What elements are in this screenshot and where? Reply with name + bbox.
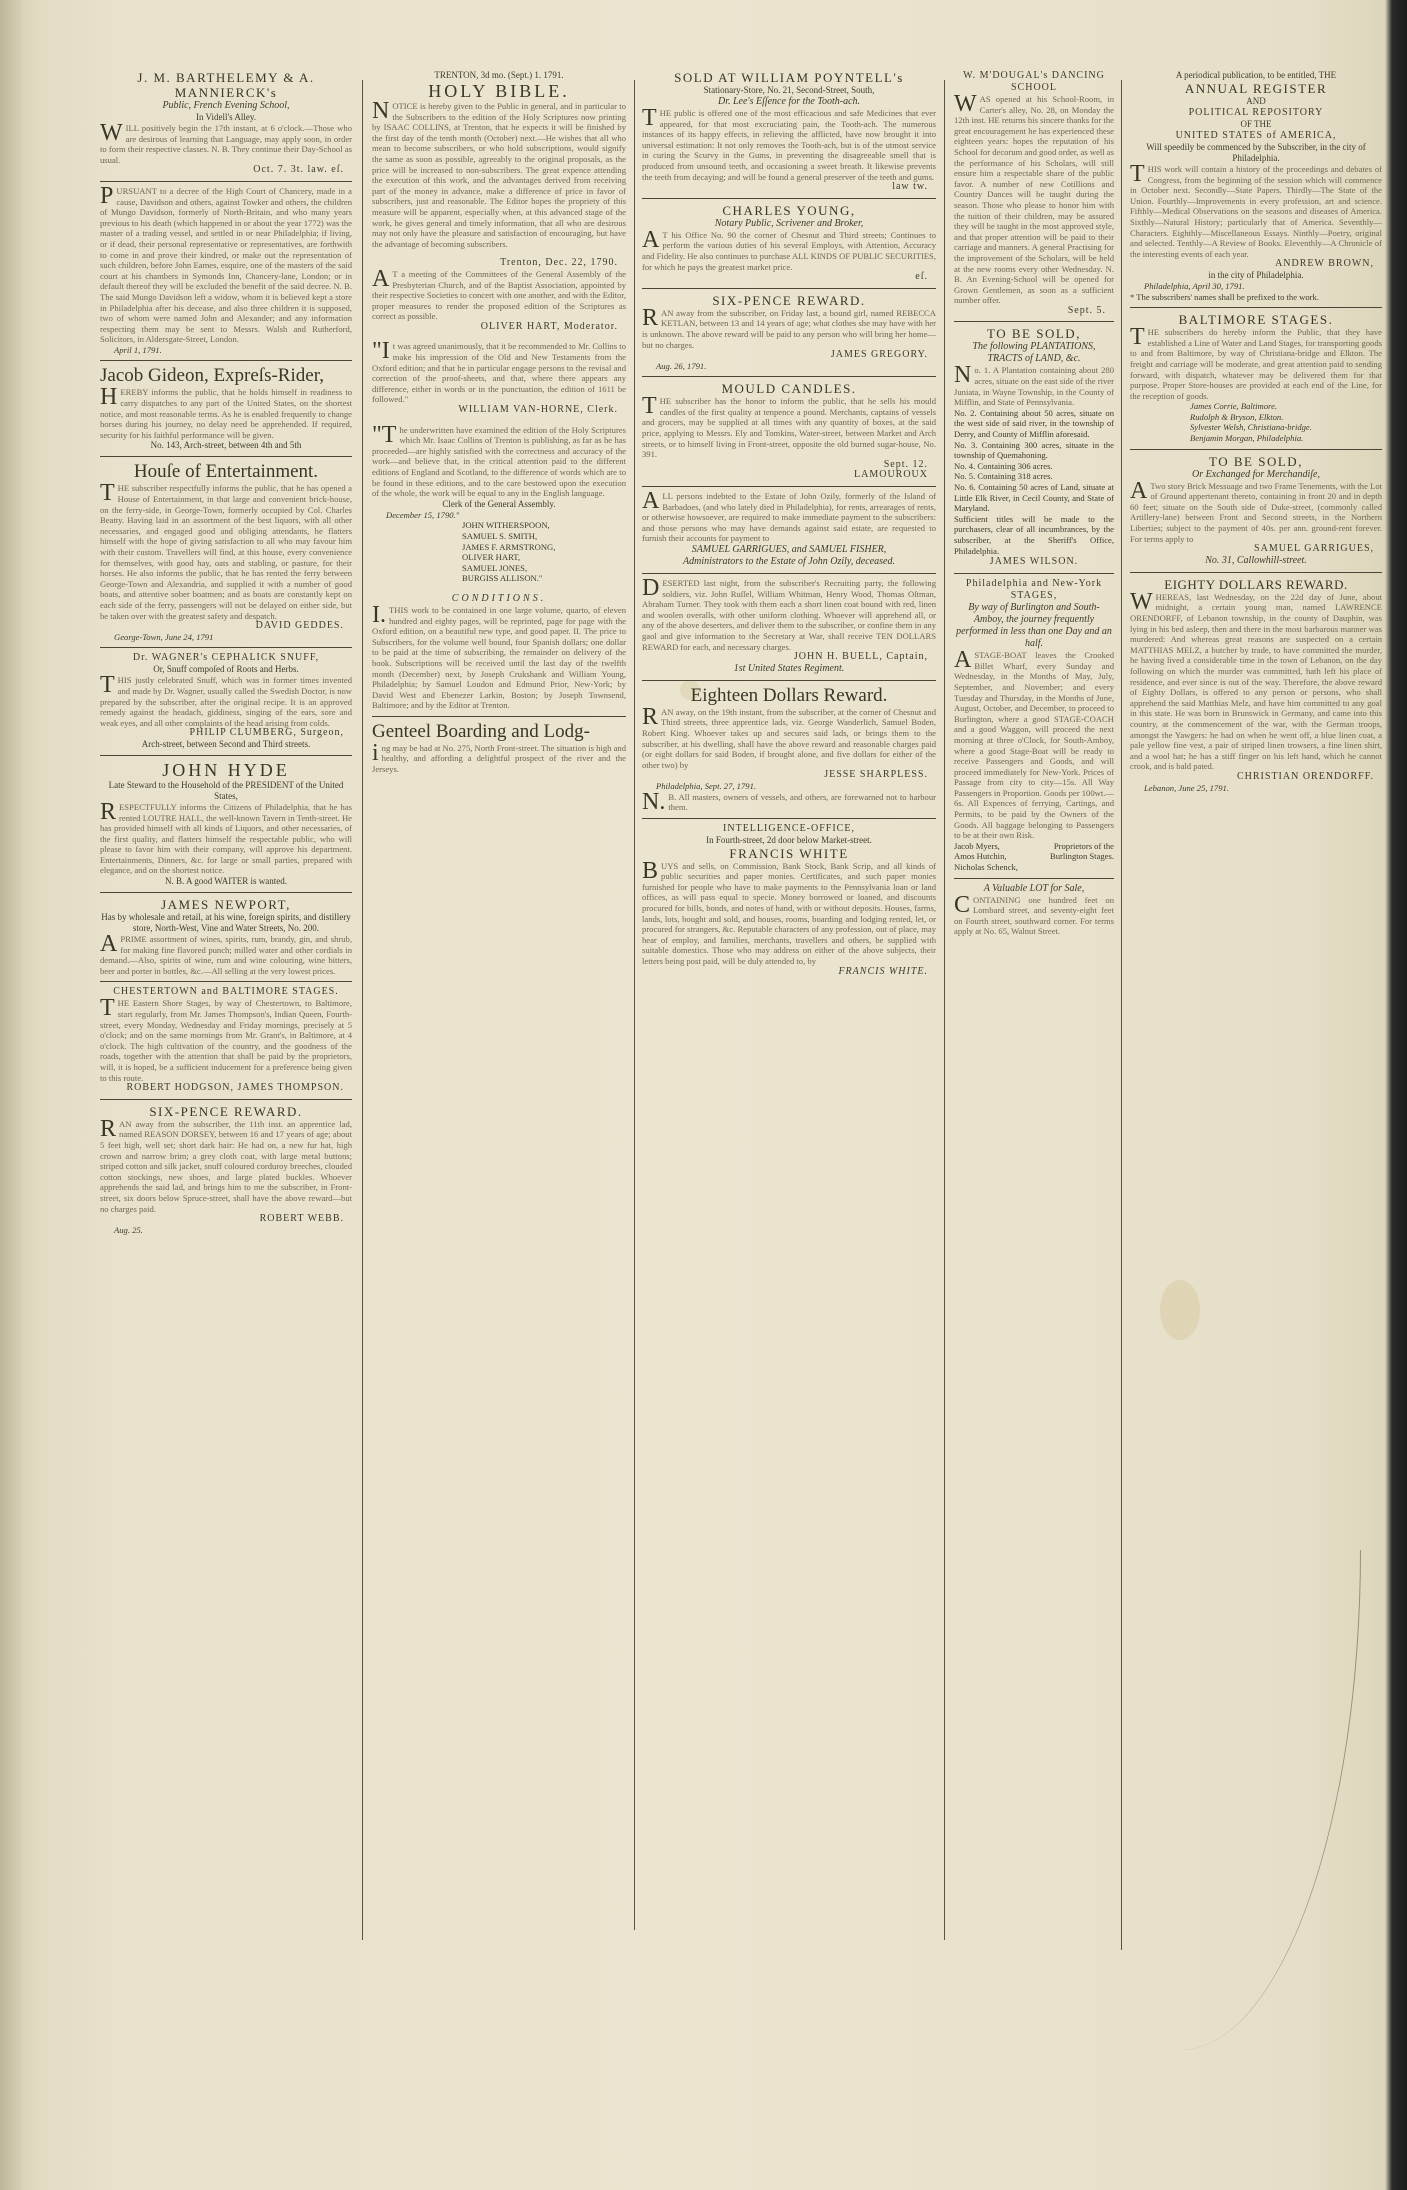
ad-small: In Videll's Alley. (100, 112, 352, 123)
ad-name: FRANCIS WHITE (642, 846, 936, 861)
ad-pre: A periodical publication, to be entitled… (1130, 70, 1382, 81)
ad-body: THE Eastern Shore Stages, by way of Ches… (100, 998, 352, 1083)
column-4: W. M'DOUGAL's DANCING SCHOOL WAS opened … (954, 70, 1114, 942)
ad-signature: PHILIP CLUMBERG, Surgeon, (100, 728, 352, 739)
signatory: BURGISS ALLISON." (462, 573, 626, 584)
ad-signature: JAMES GREGORY. (642, 350, 936, 361)
ad-signature: LAMOUROUX (642, 470, 936, 481)
land-item: No. 2. Containing about 50 acres, situat… (954, 408, 1114, 440)
paper-stain (1160, 1280, 1200, 1340)
ad-bible-committee: Trenton, Dec. 22, 1790. AT a meeting of … (372, 254, 626, 332)
ad-cephalick-snuff: Dr. WAGNER's CEPHALICK SNUFF, Or, Snuff … (100, 647, 352, 750)
ad-subheading: The following PLANTATIONS, TRACTS of LAN… (954, 341, 1114, 365)
ad-bible-resolution: "It was agreed unanimously, that it be r… (372, 337, 626, 415)
ad-body: THIS justly celebrated Snuff, which was … (100, 675, 352, 728)
ad-body: A STAGE-BOAT leaves the Crooked Billet W… (954, 650, 1114, 841)
ad-signature: JOHN H. BUELL, Captain, (642, 652, 936, 663)
ad-plantations-for-sale: TO BE SOLD, The following PLANTATIONS, T… (954, 321, 1114, 568)
ad-body: A PRIME assortment of wines, spirits, ru… (100, 934, 352, 976)
ad-six-pence-reward-gregory: SIX-PENCE REWARD. RAN away from the subs… (642, 288, 936, 372)
ad-footer: N. B. All masters, owners of vessels, an… (642, 792, 936, 813)
ad-heading: HOLY BIBLE. (372, 81, 626, 101)
ad-signature: WILLIAM VAN-HORNE, Clerk. (372, 405, 626, 416)
ad-body: RESPECTFULLY informs the Citizens of Phi… (100, 802, 352, 876)
ad-signature: ANDREW BROWN, (1130, 259, 1382, 270)
ad-six-pence-reward-webb: SIX-PENCE REWARD. RAN away from the subs… (100, 1099, 352, 1236)
ad-attestation: Clerk of the General Assembly. (372, 499, 626, 510)
ad-subheading: By way of Burlington and South-Amboy, th… (954, 602, 1114, 650)
ad-heading: SIX-PENCE REWARD. (100, 1104, 352, 1119)
ad-heading: INTELLIGENCE-OFFICE, (642, 823, 936, 835)
ad-dateline: Trenton, Dec. 22, 1790. (372, 258, 626, 269)
column-1: J. M. BARTHELEMY & A. MANNIERCK's Public… (100, 70, 352, 1240)
ad-heading: Genteel Boarding and Lodg- (372, 721, 626, 743)
paper-crease (1180, 1550, 1361, 2050)
signatory: Rudolph & Bryson, Elkton. (1190, 412, 1382, 423)
ad-philadelphia-newyork-stages: Philadelphia and New-York STAGES, By way… (954, 573, 1114, 872)
signatory: OLIVER HART, (462, 552, 626, 563)
column-rule (944, 80, 945, 1940)
ad-heading: CHESTERTOWN and BALTIMORE STAGES. (100, 986, 352, 998)
land-item: No. 1. A Plantation containing about 280… (954, 365, 1114, 407)
ad-heading: W. M'DOUGAL's DANCING SCHOOL (954, 70, 1114, 94)
ad-date: Philadelphia, April 30, 1791. (1130, 281, 1382, 292)
ad-date: Philadelphia, Sept. 27, 1791. (642, 781, 936, 792)
ad-bible-conditions: CONDITIONS. I. THIS work to be contained… (372, 589, 626, 711)
ad-date: Aug. 26, 1791. (642, 361, 936, 372)
land-item: No. 3. Containing 300 acres, situate in … (954, 440, 1114, 461)
signatory: James Corrie, Baltimore. (1190, 401, 1382, 412)
land-item: No. 5. Containing 318 acres. (954, 471, 1114, 482)
ad-deserted: DESERTED last night, from the subscriber… (642, 573, 936, 675)
column-rule (362, 80, 363, 1940)
ad-date: eſ. (642, 272, 936, 283)
ad-barthelemy: J. M. BARTHELEMY & A. MANNIERCK's Public… (100, 70, 352, 176)
ad-heading: SIX-PENCE REWARD. (642, 293, 936, 308)
ad-body: ing may be had at No. 275, North Front-s… (372, 743, 626, 775)
ad-signature: OLIVER HART, Moderator. (372, 322, 626, 333)
signatory-list: JOHN WITHERSPOON, SAMUEL S. SMITH, JAMES… (372, 520, 626, 584)
ad-signature: SAMUEL GARRIGUES, and SAMUEL FISHER, (642, 544, 936, 556)
ad-holy-bible: TRENTON, 3d mo. (Sept.) 1. 1791. HOLY BI… (372, 70, 626, 249)
ad-bible-attestation: "The underwritten have examined the edit… (372, 421, 626, 584)
signatory: JOHN WITHERSPOON, (462, 520, 626, 531)
ad-body: WHEREAS, last Wednesday, on the 22d day … (1130, 592, 1382, 772)
ad-date: law tw. (642, 182, 936, 193)
ad-footer: No. 143, Arch-street, between 4th and 5t… (100, 440, 352, 451)
signatory: SAMUEL S. SMITH, (462, 531, 626, 542)
ad-eighteen-dollars-reward: Eighteen Dollars Reward. RAN away, on th… (642, 680, 936, 813)
ad-william-poyntell: SOLD AT WILLIAM POYNTELL's Stationary-St… (642, 70, 936, 193)
ad-chestertown-stages: CHESTERTOWN and BALTIMORE STAGES. THE Ea… (100, 981, 352, 1093)
ad-dancing-school: W. M'DOUGAL's DANCING SCHOOL WAS opened … (954, 70, 1114, 316)
ad-heading: Houſe of Entertainment. (100, 461, 352, 483)
ad-valuable-lot: A Valuable LOT for Sale, CONTAINING one … (954, 878, 1114, 937)
ad-date: December 15, 1790." (372, 510, 626, 521)
ad-heading: JAMES NEWPORT, (100, 897, 352, 912)
ad-chancery-decree: PURSUANT to a decree of the High Court o… (100, 181, 352, 356)
ad-signature: JAMES WILSON. (954, 556, 1114, 568)
ad-heading: SOLD AT WILLIAM POYNTELL's (642, 70, 936, 85)
ad-subheading: Public, French Evening School, (100, 100, 352, 112)
ad-body: WILL positively begin the 17th instant, … (100, 123, 352, 165)
ad-date: Oct. 7. 3t. law. eſ. (100, 165, 352, 176)
proprietor: Amos Hutchin, (954, 851, 1018, 862)
ad-and: AND (1130, 96, 1382, 107)
ad-date: Aug. 25. (100, 1225, 352, 1236)
signatory: Benjamin Morgan, Philadelphia. (1190, 433, 1382, 444)
ad-mould-candles: MOULD CANDLES. THE subscriber has the ho… (642, 376, 936, 481)
ad-body: "It was agreed unanimously, that it be r… (372, 341, 626, 405)
ad-estate-ozily: ALL persons indebted to the Estate of Jo… (642, 486, 936, 568)
ad-body: HEREBY informs the public, that he holds… (100, 387, 352, 440)
ad-body: THE public is offered one of the most ef… (642, 108, 936, 182)
ad-small: Dr. Lee's Eſſence for the Tooth-ach. (642, 96, 936, 108)
proprietor-list: Jacob Myers, Amos Hutchin, Nicholas Sche… (954, 841, 1018, 873)
ad-date: Lebanon, June 25, 1791. (1130, 783, 1382, 794)
ad-heading-3: UNITED STATES of AMERICA, (1130, 130, 1382, 142)
ad-small-2: in the city of Philadelphia. (1130, 270, 1382, 281)
ad-body: AT a meeting of the Committees of the Ge… (372, 269, 626, 322)
ad-footer: N. B. A good WAITER is wanted. (100, 876, 352, 887)
ad-jacob-gideon: Jacob Gideon, Expreſs-Rider, HEREBY info… (100, 360, 352, 451)
signatory-list: James Corrie, Baltimore. Rudolph & Bryso… (1130, 401, 1382, 443)
ad-charles-young: CHARLES YOUNG, Notary Public, Scrivener … (642, 198, 936, 283)
proprietors-block: Jacob Myers, Amos Hutchin, Nicholas Sche… (954, 841, 1114, 873)
ad-footer: Arch-street, between Second and Third st… (100, 739, 352, 750)
ad-subheading: Notary Public, Scrivener and Broker, (642, 218, 936, 230)
ad-body: AT his Office No. 90 the corner of Chesn… (642, 230, 936, 272)
proprietors-label: Proprietors of the Burlington Stages. (1044, 841, 1114, 873)
proprietor: Nicholas Schenck, (954, 862, 1018, 873)
ad-brick-messuage-for-sale: TO BE SOLD, Or Exchanged for Merchandiſe… (1130, 449, 1382, 567)
column-rule (634, 80, 635, 1930)
ad-body: DESERTED last night, from the subscriber… (642, 578, 936, 652)
ad-body: NOTICE is hereby given to the Public in … (372, 101, 626, 249)
ad-subheading: Late Steward to the Household of the PRE… (100, 780, 352, 802)
ad-date: April 1, 1791. (100, 345, 352, 356)
ad-body: CONTAINING one hundred feet on Lombard s… (954, 895, 1114, 937)
ad-body: RAN away from the subscriber, the 11th i… (100, 1119, 352, 1214)
ad-body: "The underwritten have examined the edit… (372, 425, 626, 499)
ad-signature: FRANCIS WHITE. (642, 967, 936, 978)
ad-john-hyde: JOHN HYDE Late Steward to the Household … (100, 755, 352, 887)
ad-heading: A Valuable LOT for Sale, (954, 883, 1114, 895)
ad-subheading: Stationary-Store, No. 21, Second-Street,… (642, 85, 936, 96)
ad-body: RAN away, on the 19th instant, from the … (642, 707, 936, 771)
ad-heading: TO BE SOLD, (1130, 454, 1382, 469)
ad-intelligence-office: INTELLIGENCE-OFFICE, In Fourth-street, 2… (642, 818, 936, 978)
ad-heading: CONDITIONS. (372, 593, 626, 605)
ad-signature: SAMUEL GARRIGUES, (1130, 544, 1382, 555)
ad-body: THIS work will contain a history of the … (1130, 164, 1382, 259)
ad-footer: * The subscribers' names shall be prefix… (1130, 292, 1382, 303)
ad-body: ALL persons indebted to the Estate of Jo… (642, 491, 936, 544)
ad-signature: CHRISTIAN ORENDORFF. (1130, 772, 1382, 783)
signatory: Sylvester Welsh, Christiana-bridge. (1190, 422, 1382, 433)
ad-heading: TO BE SOLD, (954, 326, 1114, 341)
ad-date: Sept. 5. (954, 306, 1114, 317)
signatory: JAMES F. ARMSTRONG, (462, 542, 626, 553)
ad-footer: Administrators to the Estate of John Ozi… (642, 556, 936, 568)
land-item: No. 6. Containing 50 acres of Land, situ… (954, 482, 1114, 514)
ad-subheading: Or, Snuff compoſed of Roots and Herbs. (100, 664, 352, 675)
ad-heading: Dr. WAGNER's CEPHALICK SNUFF, (100, 652, 352, 664)
ad-signature: JESSE SHARPLESS. (642, 770, 936, 781)
ad-house-of-entertainment: Houſe of Entertainment. THE subscriber r… (100, 456, 352, 642)
ad-genteel-boarding: Genteel Boarding and Lodg- ing may be ha… (372, 716, 626, 775)
ad-heading: EIGHTY DOLLARS REWARD. (1130, 577, 1382, 592)
ad-footer: 1st United States Regiment. (642, 663, 936, 675)
ad-heading: Eighteen Dollars Reward. (642, 685, 936, 707)
ad-dateline: TRENTON, 3d mo. (Sept.) 1. 1791. (372, 70, 626, 81)
signatory: SAMUEL JONES, (462, 563, 626, 574)
ad-subheading: Has by wholesale and retail, at his wine… (100, 912, 352, 934)
ad-body: THE subscriber respectfully informs the … (100, 483, 352, 621)
ad-heading: JOHN HYDE (100, 760, 352, 780)
column-3: SOLD AT WILLIAM POYNTELL's Stationary-St… (642, 70, 936, 982)
ad-heading: BALTIMORE STAGES. (1130, 312, 1382, 327)
ad-signature: ROBERT WEBB. (100, 1214, 352, 1225)
ad-subheading: In Fourth-street, 2d door below Market-s… (642, 835, 936, 846)
ad-body: RAN away from the subscriber, on Friday … (642, 308, 936, 350)
ad-body: WAS opened at his School-Room, in Carter… (954, 94, 1114, 306)
ad-signature: DAVID GEDDES. (100, 621, 352, 632)
ad-footer: No. 31, Callowhill-street. (1130, 555, 1382, 567)
ad-heading: ANNUAL REGISTER (1130, 81, 1382, 96)
ad-body: BUYS and sells, on Commission, Bank Stoc… (642, 861, 936, 967)
ad-heading: MOULD CANDLES. (642, 381, 936, 396)
ad-baltimore-stages: BALTIMORE STAGES. THE subscribers do her… (1130, 307, 1382, 444)
ad-subheading: Or Exchanged for Merchandiſe, (1130, 469, 1382, 481)
ad-james-newport: JAMES NEWPORT, Has by wholesale and reta… (100, 892, 352, 976)
proprietor: Jacob Myers, (954, 841, 1018, 852)
page-fold-shadow (0, 0, 22, 2190)
ad-date: George-Town, June 24, 1791 (100, 632, 352, 643)
ad-body: A Two story Brick Messuage and two Frame… (1130, 481, 1382, 545)
ad-heading: CHARLES YOUNG, (642, 203, 936, 218)
ad-eighty-dollars-reward: EIGHTY DOLLARS REWARD. WHEREAS, last Wed… (1130, 572, 1382, 793)
ad-annual-register: A periodical publication, to be entitled… (1130, 70, 1382, 302)
ad-body: I. THIS work to be contained in one larg… (372, 605, 626, 711)
ad-small: Will speedily be commenced by the Subscr… (1130, 142, 1382, 164)
ad-footer: Sufficient titles will be made to the pu… (954, 514, 1114, 556)
ad-of: OF THE (1130, 119, 1382, 130)
ad-body: PURSUANT to a decree of the High Court o… (100, 186, 352, 345)
land-item: No. 4. Containing 306 acres. (954, 461, 1114, 472)
ad-heading-2: POLITICAL REPOSITORY (1130, 107, 1382, 119)
column-rule (1121, 80, 1122, 1950)
ad-signature: ROBERT HODGSON, JAMES THOMPSON. (100, 1083, 352, 1094)
ad-heading: Philadelphia and New-York STAGES, (954, 578, 1114, 602)
ad-body: THE subscribers do hereby inform the Pub… (1130, 327, 1382, 401)
ad-heading: J. M. BARTHELEMY & A. MANNIERCK's (100, 70, 352, 100)
column-2: TRENTON, 3d mo. (Sept.) 1. 1791. HOLY BI… (372, 70, 626, 780)
ad-heading: Jacob Gideon, Expreſs-Rider, (100, 365, 352, 387)
ad-body: THE subscriber has the honor to inform t… (642, 396, 936, 460)
column-5: A periodical publication, to be entitled… (1130, 70, 1382, 798)
